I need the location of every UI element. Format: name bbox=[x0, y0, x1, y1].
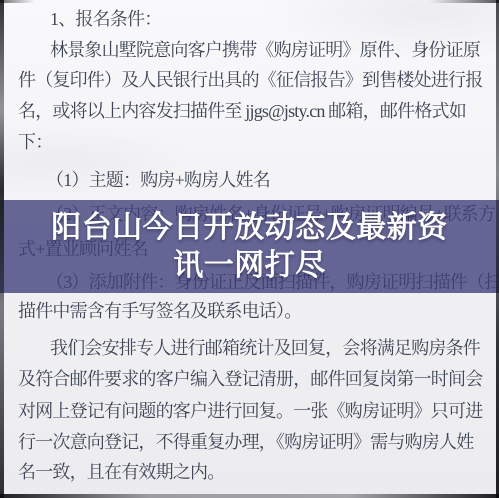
doc-line: 件（复印件）及人民银行出具的《征信报告》到售楼处进行报 bbox=[18, 69, 482, 91]
doc-line: 我们会安排专人进行邮箱统计及回复，会将满足购房条件 bbox=[50, 337, 480, 359]
doc-line: 描件中需含有手写签名及联系电话）。 bbox=[18, 300, 301, 322]
doc-line-heading: 1、报名条件： bbox=[50, 8, 161, 30]
doc-line: 下： bbox=[18, 131, 52, 153]
photo-edge-bottom bbox=[0, 494, 499, 498]
doc-line: 行一次意向登记，不得重复办理，《购房证明》需与购房人姓 bbox=[18, 431, 473, 453]
photo-edge-top bbox=[0, 0, 499, 3]
doc-line: 林景象山墅院意向客户携带《购房证明》原件、身份证原 bbox=[50, 39, 480, 61]
doc-line-item-1: （1）主题：购房+购房人姓名 bbox=[46, 169, 270, 191]
headline-banner: 阳台山今日开放动态及最新资 讯一网打尽 bbox=[0, 200, 499, 293]
headline-banner-line-1: 阳台山今日开放动态及最新资 bbox=[51, 209, 448, 247]
headline-banner-line-2: 讯一网打尽 bbox=[173, 247, 326, 285]
doc-line-email: 名，或将以上内容发扫描件至 jjgs@jsty.cn 邮箱，邮件格式如 bbox=[18, 100, 466, 122]
doc-line: 对网上登记有问题的客户进行回复。一张《购房证明》只可进 bbox=[18, 400, 482, 422]
document-photo: 1、报名条件： 林景象山墅院意向客户携带《购房证明》原件、身份证原 件（复印件）… bbox=[0, 0, 499, 498]
doc-line: 及符合邮件要求的客户编入登记清册，邮件回复岗第一时间会 bbox=[18, 368, 482, 390]
doc-line-last: 名一致，且在有效期之内。 bbox=[18, 461, 224, 483]
